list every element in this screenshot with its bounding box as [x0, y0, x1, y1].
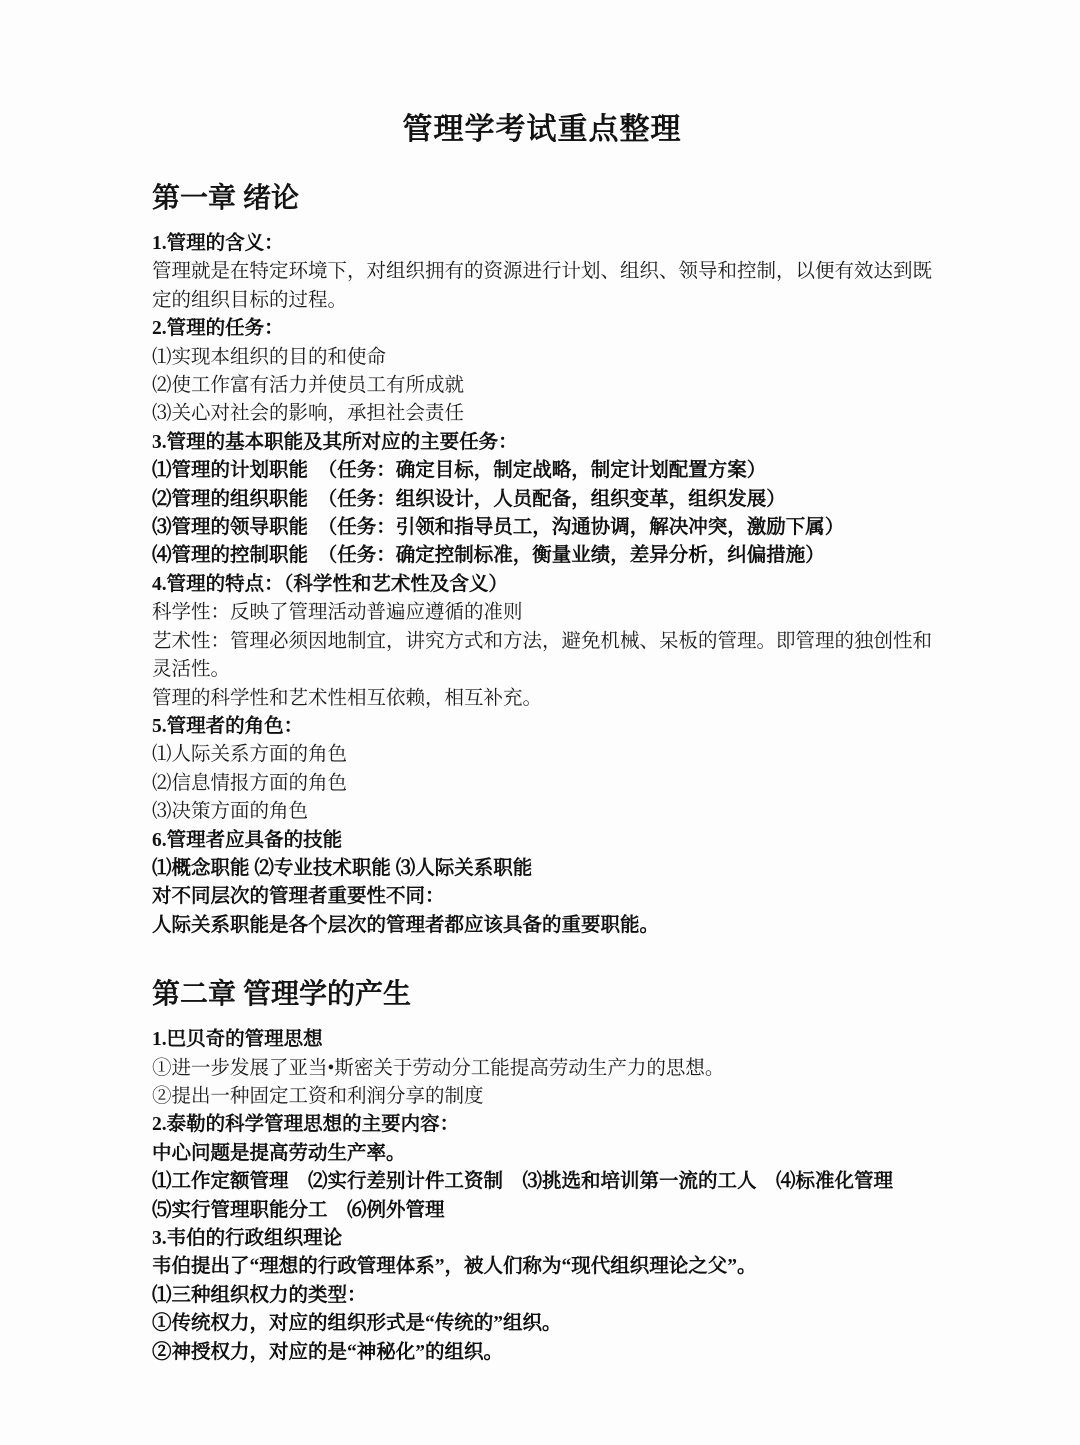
text-line: 2.泰勒的科学管理思想的主要内容： [152, 1111, 932, 1139]
text-line: 2.管理的任务： [152, 315, 932, 343]
chapter-2-section: 第二章 管理学的产生 1.巴贝奇的管理思想①进一步发展了亚当•斯密关于劳动分工能… [152, 978, 932, 1367]
text-line: ⑷管理的控制职能 （任务：确定控制标准，衡量业绩，差异分析，纠偏措施） [152, 542, 932, 570]
text-line: ⑶决策方面的角色 [152, 798, 932, 826]
chapter-2-heading: 第二章 管理学的产生 [152, 978, 932, 1012]
text-line: 4.管理的特点：（科学性和艺术性及含义） [152, 571, 932, 599]
text-line: ②神授权力，对应的是“神秘化”的组织。 [152, 1339, 932, 1367]
text-line: ⑶管理的领导职能 （任务：引领和指导员工，沟通协调，解决冲突，激励下属） [152, 514, 932, 542]
text-line: 1.巴贝奇的管理思想 [152, 1026, 932, 1054]
chapter-1-body: 1.管理的含义：管理就是在特定环境下，对组织拥有的资源进行计划、组织、领导和控制… [152, 230, 932, 940]
text-line: ②提出一种固定工资和利润分享的制度 [152, 1083, 932, 1111]
text-line: ⑴工作定额管理 ⑵实行差别计件工资制 ⑶挑选和培训第一流的工人 ⑷标准化管理 [152, 1168, 932, 1196]
text-line: 管理的科学性和艺术性相互依赖，相互补充。 [152, 685, 932, 713]
text-line: 3.管理的基本职能及其所对应的主要任务： [152, 429, 932, 457]
text-line: ⑶关心对社会的影响，承担社会责任 [152, 400, 932, 428]
text-line: 中心问题是提高劳动生产率。 [152, 1140, 932, 1168]
text-line: 6.管理者应具备的技能 [152, 827, 932, 855]
text-line: ⑴人际关系方面的角色 [152, 741, 932, 769]
text-line: 艺术性：管理必须因地制宜，讲究方式和方法，避免机械、呆板的管理。即管理的独创性和… [152, 628, 932, 685]
document-page: 管理学考试重点整理 第一章 绪论 1.管理的含义：管理就是在特定环境下，对组织拥… [0, 0, 1080, 1445]
text-line: ⑴实现本组织的目的和使命 [152, 344, 932, 372]
text-line: ⑴三种组织权力的类型： [152, 1282, 932, 1310]
text-line: ⑸实行管理职能分工 ⑹例外管理 [152, 1197, 932, 1225]
text-line: 对不同层次的管理者重要性不同： [152, 883, 932, 911]
text-line: 韦伯提出了“理想的行政管理体系”，被人们称为“现代组织理论之父”。 [152, 1253, 932, 1281]
document-title: 管理学考试重点整理 [152, 0, 932, 150]
text-line: 1.管理的含义： [152, 230, 932, 258]
text-line: ⑵管理的组织职能 （任务：组织设计，人员配备，组织变革，组织发展） [152, 486, 932, 514]
text-line: 3.韦伯的行政组织理论 [152, 1225, 932, 1253]
text-line: 5.管理者的角色： [152, 713, 932, 741]
text-line: 管理就是在特定环境下，对组织拥有的资源进行计划、组织、领导和控制，以便有效达到既… [152, 258, 932, 315]
text-line: ⑵信息情报方面的角色 [152, 770, 932, 798]
text-line: ①传统权力，对应的组织形式是“传统的”组织。 [152, 1310, 932, 1338]
text-line: ①进一步发展了亚当•斯密关于劳动分工能提高劳动生产力的思想。 [152, 1055, 932, 1083]
text-line: 科学性：反映了管理活动普遍应遵循的准则 [152, 599, 932, 627]
chapter-2-body: 1.巴贝奇的管理思想①进一步发展了亚当•斯密关于劳动分工能提高劳动生产力的思想。… [152, 1026, 932, 1367]
text-line: ⑵使工作富有活力并使员工有所成就 [152, 372, 932, 400]
chapter-1-section: 第一章 绪论 1.管理的含义：管理就是在特定环境下，对组织拥有的资源进行计划、组… [152, 182, 932, 940]
text-line: 人际关系职能是各个层次的管理者都应该具备的重要职能。 [152, 912, 932, 940]
chapter-1-heading: 第一章 绪论 [152, 182, 932, 216]
text-line: ⑴概念职能 ⑵专业技术职能 ⑶人际关系职能 [152, 855, 932, 883]
text-line: ⑴管理的计划职能 （任务：确定目标，制定战略，制定计划配置方案） [152, 457, 932, 485]
